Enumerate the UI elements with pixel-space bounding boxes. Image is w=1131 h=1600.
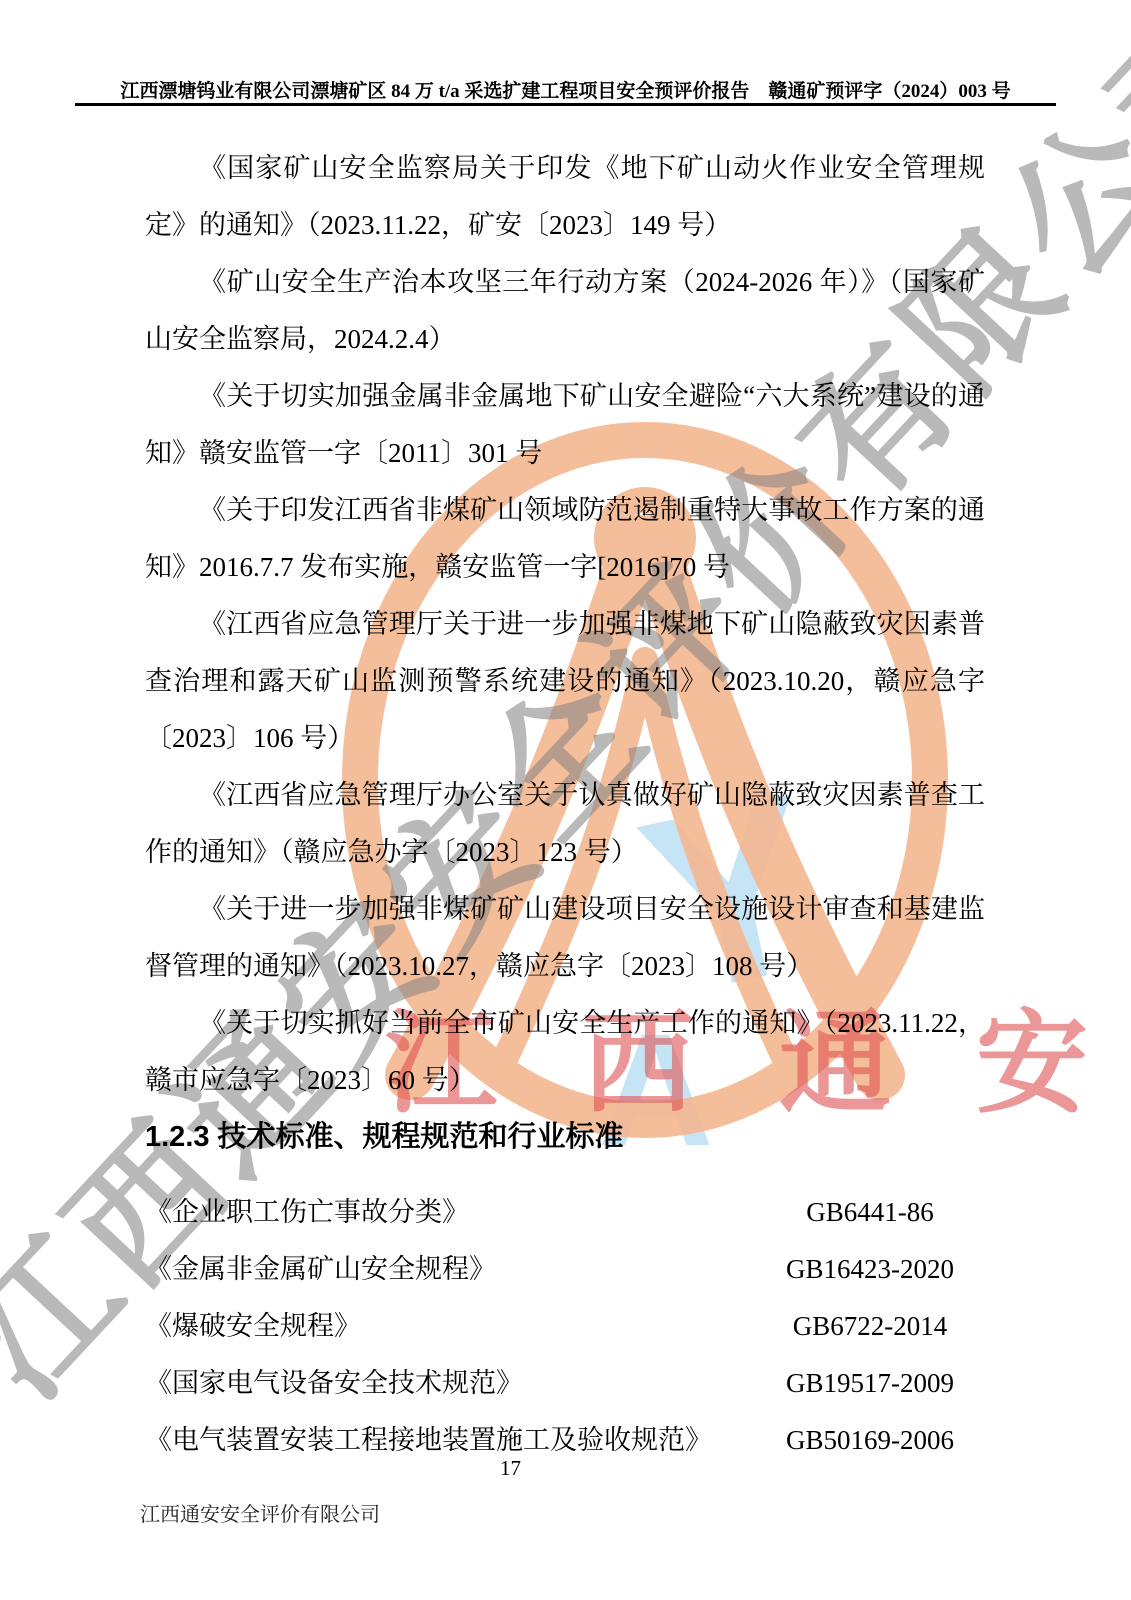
- standard-code: GB19517-2009: [755, 1355, 985, 1412]
- standard-name: 《爆破安全规程》: [145, 1298, 755, 1355]
- paragraph: 《关于切实抓好当前全市矿山安全生产工作的通知》（2023.11.22，赣市应急字…: [145, 995, 985, 1109]
- paragraph: 《江西省应急管理厅办公室关于认真做好矿山隐蔽致灾因素普查工作的通知》（赣应急办字…: [145, 767, 985, 881]
- section-heading: 1.2.3 技术标准、规程规范和行业标准: [145, 1109, 985, 1166]
- paragraph: 《关于印发江西省非煤矿山领域防范遏制重特大事故工作方案的通知》2016.7.7 …: [145, 482, 985, 596]
- standard-code: GB6441-86: [755, 1184, 985, 1241]
- standard-code: GB6722-2014: [755, 1298, 985, 1355]
- standard-row: 《金属非金属矿山安全规程》 GB16423-2020: [145, 1241, 985, 1298]
- standard-name: 《企业职工伤亡事故分类》: [145, 1184, 755, 1241]
- footer-company-name: 江西通安安全评价有限公司: [140, 1498, 380, 1527]
- document-body: 《国家矿山安全监察局关于印发《地下矿山动火作业安全管理规定》的通知》（2023.…: [145, 140, 985, 1469]
- header-rule: [75, 103, 1056, 106]
- standard-name: 《金属非金属矿山安全规程》: [145, 1241, 755, 1298]
- paragraph: 《关于进一步加强非煤矿矿山建设项目安全设施设计审查和基建监督管理的通知》（202…: [145, 881, 985, 995]
- page-header-title: 江西漂塘钨业有限公司漂塘矿区 84 万 t/a 采选扩建工程项目安全预评价报告 …: [0, 76, 1131, 103]
- standard-code: GB16423-2020: [755, 1241, 985, 1298]
- standard-name: 《国家电气设备安全技术规范》: [145, 1355, 755, 1412]
- standard-row: 《爆破安全规程》 GB6722-2014: [145, 1298, 985, 1355]
- paragraph: 《国家矿山安全监察局关于印发《地下矿山动火作业安全管理规定》的通知》（2023.…: [145, 140, 985, 254]
- document-page: Y A 江西通安安全评价有限公司 江西通安 江西漂塘钨业有限公司漂塘矿区 84 …: [0, 0, 1131, 1600]
- page-number: 17: [0, 1456, 1021, 1481]
- standards-list: 《企业职工伤亡事故分类》 GB6441-86 《金属非金属矿山安全规程》 GB1…: [145, 1184, 985, 1469]
- paragraph: 《关于切实加强金属非金属地下矿山安全避险“六大系统”建设的通知》赣安监管一字〔2…: [145, 368, 985, 482]
- paragraph: 《江西省应急管理厅关于进一步加强非煤地下矿山隐蔽致灾因素普查治理和露天矿山监测预…: [145, 596, 985, 767]
- paragraph: 《矿山安全生产治本攻坚三年行动方案（2024-2026 年）》（国家矿山安全监察…: [145, 254, 985, 368]
- standard-row: 《企业职工伤亡事故分类》 GB6441-86: [145, 1184, 985, 1241]
- standard-row: 《国家电气设备安全技术规范》 GB19517-2009: [145, 1355, 985, 1412]
